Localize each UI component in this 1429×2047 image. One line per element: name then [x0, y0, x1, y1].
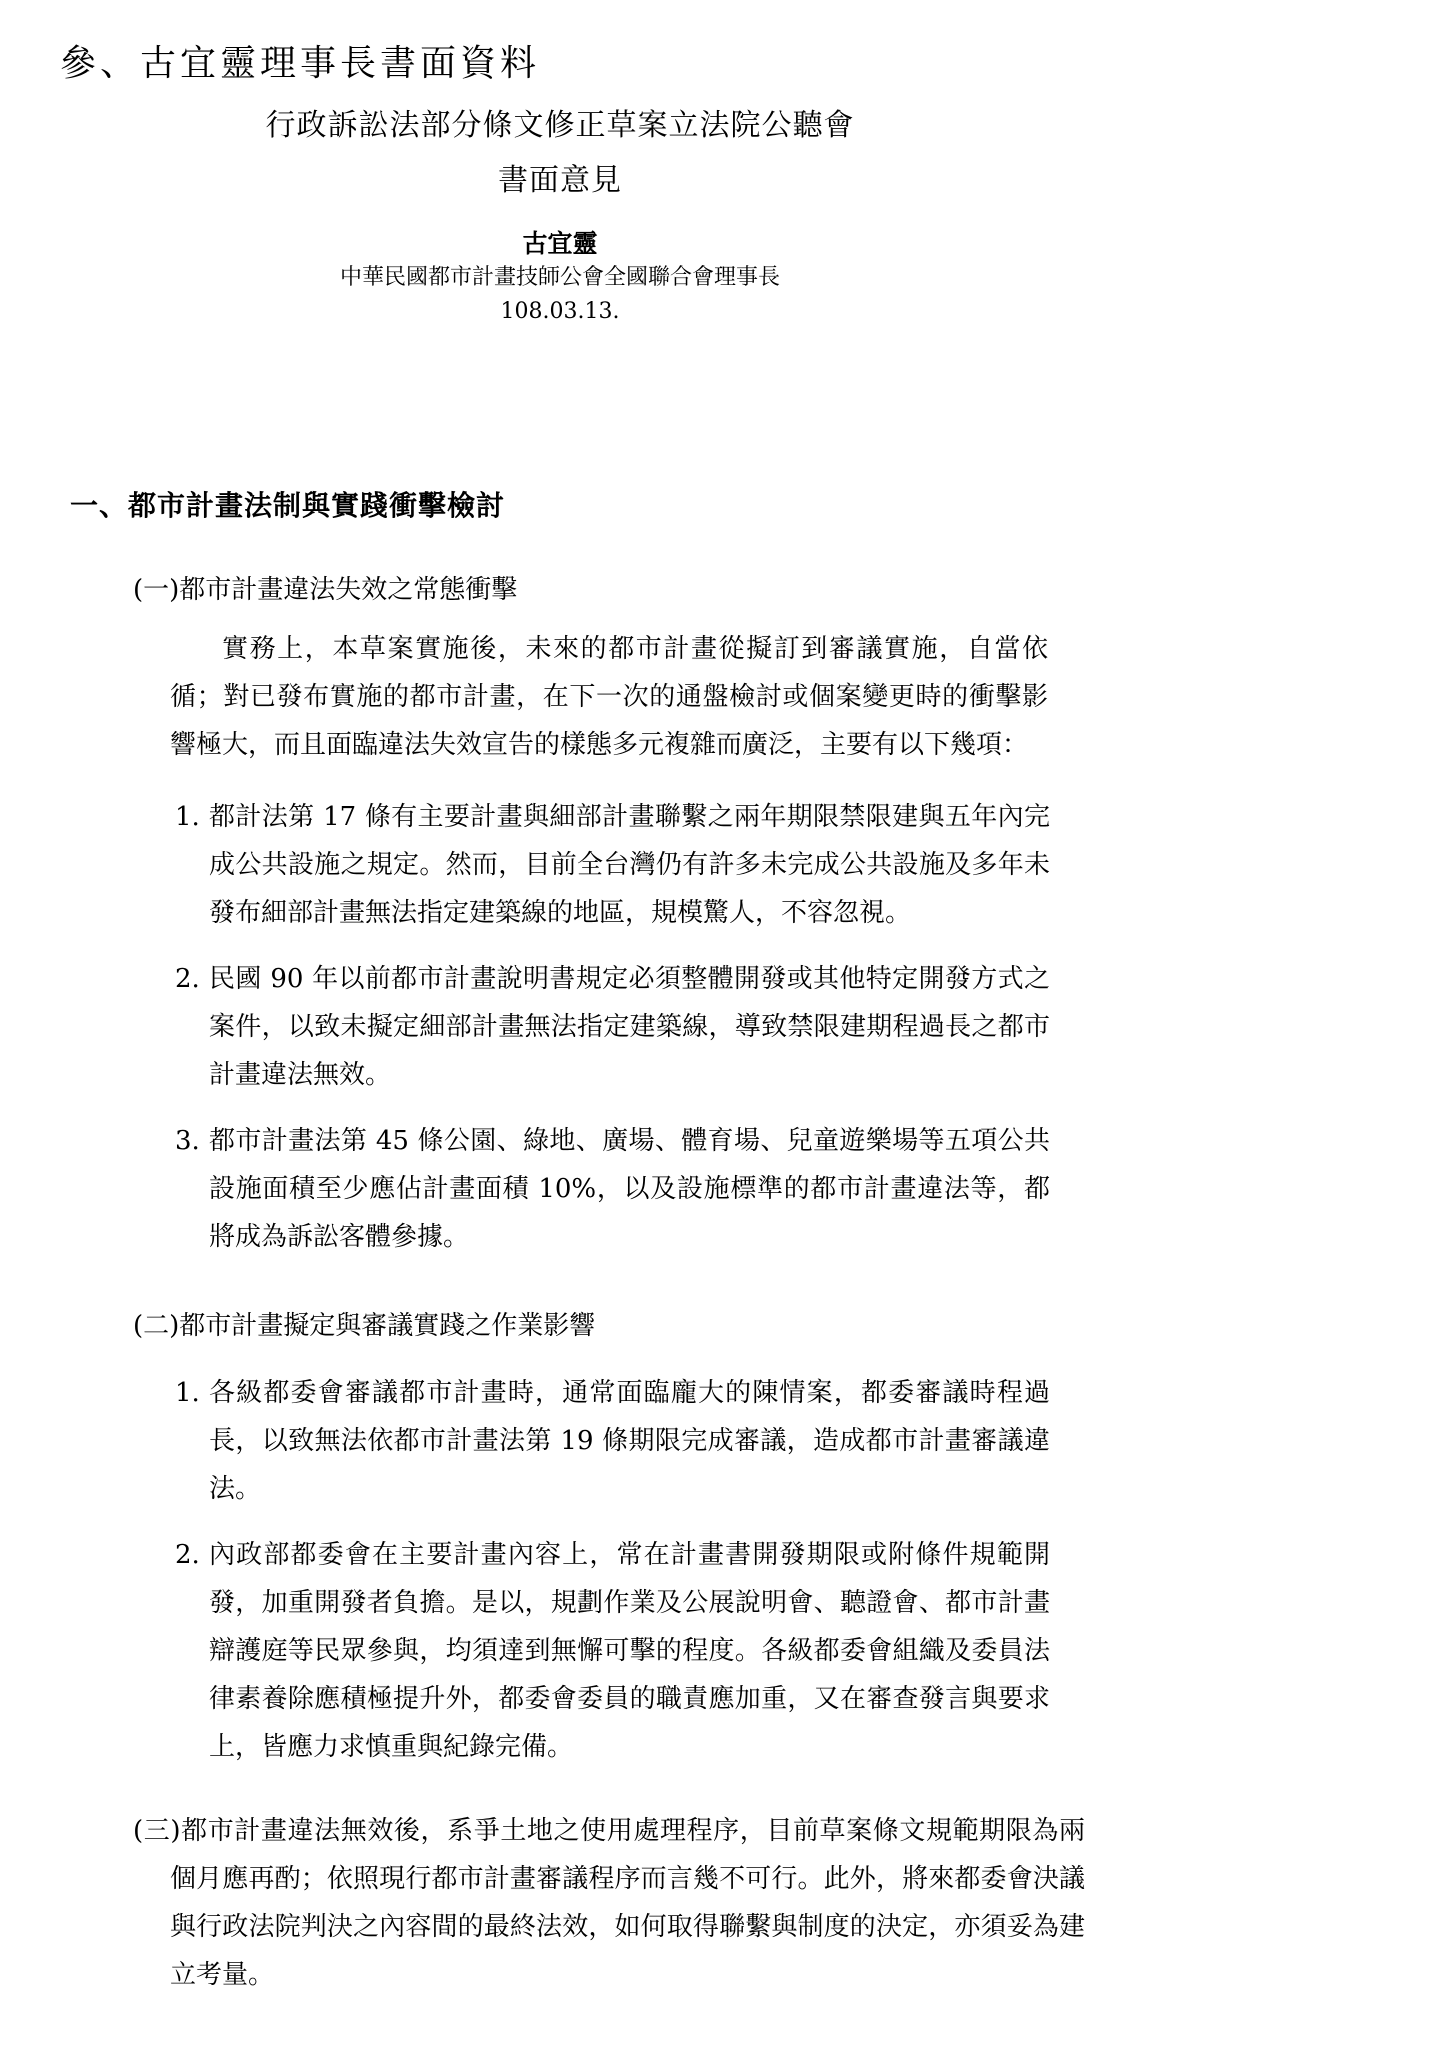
author-name: 古宜靈 — [0, 227, 1120, 261]
document-title: 行政訴訟法部分條文修正草案立法院公聽會 — [0, 106, 1120, 146]
list-item: 3.都市計畫法第 45 條公園、綠地、廣場、體育場、兒童遊樂場等五項公共設施面積… — [175, 1117, 1050, 1261]
subsection-2-list: 1.各級都委會審議都市計畫時，通常面臨龐大的陳情案，都委審議時程過長，以致無法依… — [175, 1369, 1050, 1771]
subsection-1-label: (一) — [133, 575, 179, 605]
subsection-2-heading: (二)都市計畫擬定與審議實踐之作業影響 — [133, 1307, 1120, 1345]
list-item: 2.內政部都委會在主要計畫內容上，常在計畫書開發期限或附條件規範開發，加重開發者… — [175, 1531, 1050, 1771]
item-number: 1. — [175, 1369, 200, 1417]
subsection-3-label: (三) — [133, 1816, 181, 1846]
subsection-3-paragraph: (三)都市計畫違法無效後，系爭土地之使用處理程序，目前草案條文規範期限為兩個月應… — [133, 1807, 1085, 1999]
list-item: 2.民國 90 年以前都市計畫說明書規定必須整體開發或其他特定開發方式之案件，以… — [175, 955, 1050, 1099]
subsection-2-title: 都市計畫擬定與審議實踐之作業影響 — [179, 1311, 595, 1341]
item-text: 都市計畫法第 45 條公園、綠地、廣場、體育場、兒童遊樂場等五項公共設施面積至少… — [209, 1126, 1050, 1252]
list-item: 1.都計法第 17 條有主要計畫與細部計畫聯繫之兩年期限禁限建與五年內完成公共設… — [175, 793, 1050, 937]
section-1-heading: 一、都市計畫法制與實踐衝擊檢討 — [70, 487, 1120, 525]
document-date: 108.03.13. — [0, 295, 1120, 329]
document-page: 參、古宜靈理事長書面資料 行政訴訟法部分條文修正草案立法院公聽會 書面意見 古宜… — [0, 0, 1429, 2047]
document-subtitle: 書面意見 — [0, 161, 1120, 201]
subsection-2-label: (二) — [133, 1311, 179, 1341]
item-text: 內政部都委會在主要計畫內容上，常在計畫書開發期限或附條件規範開發，加重開發者負擔… — [209, 1540, 1050, 1762]
document-content: 參、古宜靈理事長書面資料 行政訴訟法部分條文修正草案立法院公聽會 書面意見 古宜… — [0, 0, 1120, 1999]
subsection-1-list: 1.都計法第 17 條有主要計畫與細部計畫聯繫之兩年期限禁限建與五年內完成公共設… — [175, 793, 1050, 1261]
item-number: 1. — [175, 793, 200, 841]
list-item: 1.各級都委會審議都市計畫時，通常面臨龐大的陳情案，都委審議時程過長，以致無法依… — [175, 1369, 1050, 1513]
item-text: 各級都委會審議都市計畫時，通常面臨龐大的陳情案，都委審議時程過長，以致無法依都市… — [209, 1378, 1050, 1504]
subsection-3-text: 都市計畫違法無效後，系爭土地之使用處理程序，目前草案條文規範期限為兩個月應再酌；… — [170, 1816, 1085, 1990]
author-affiliation: 中華民國都市計畫技師公會全國聯合會理事長 — [0, 261, 1120, 295]
item-text: 民國 90 年以前都市計畫說明書規定必須整體開發或其他特定開發方式之案件，以致未… — [209, 964, 1050, 1090]
item-number: 2. — [175, 955, 200, 1003]
item-number: 3. — [175, 1117, 200, 1165]
handwritten-section-header: 參、古宜靈理事長書面資料 — [60, 36, 1120, 92]
subsection-1-heading: (一)都市計畫違法失效之常態衝擊 — [133, 571, 1120, 609]
subsection-1-title: 都市計畫違法失效之常態衝擊 — [179, 575, 517, 605]
item-number: 2. — [175, 1531, 200, 1579]
item-text: 都計法第 17 條有主要計畫與細部計畫聯繫之兩年期限禁限建與五年內完成公共設施之… — [209, 802, 1050, 928]
subsection-1-intro-paragraph: 實務上，本草案實施後，未來的都市計畫從擬訂到審議實施，自當依循；對已發布實施的都… — [170, 625, 1048, 769]
